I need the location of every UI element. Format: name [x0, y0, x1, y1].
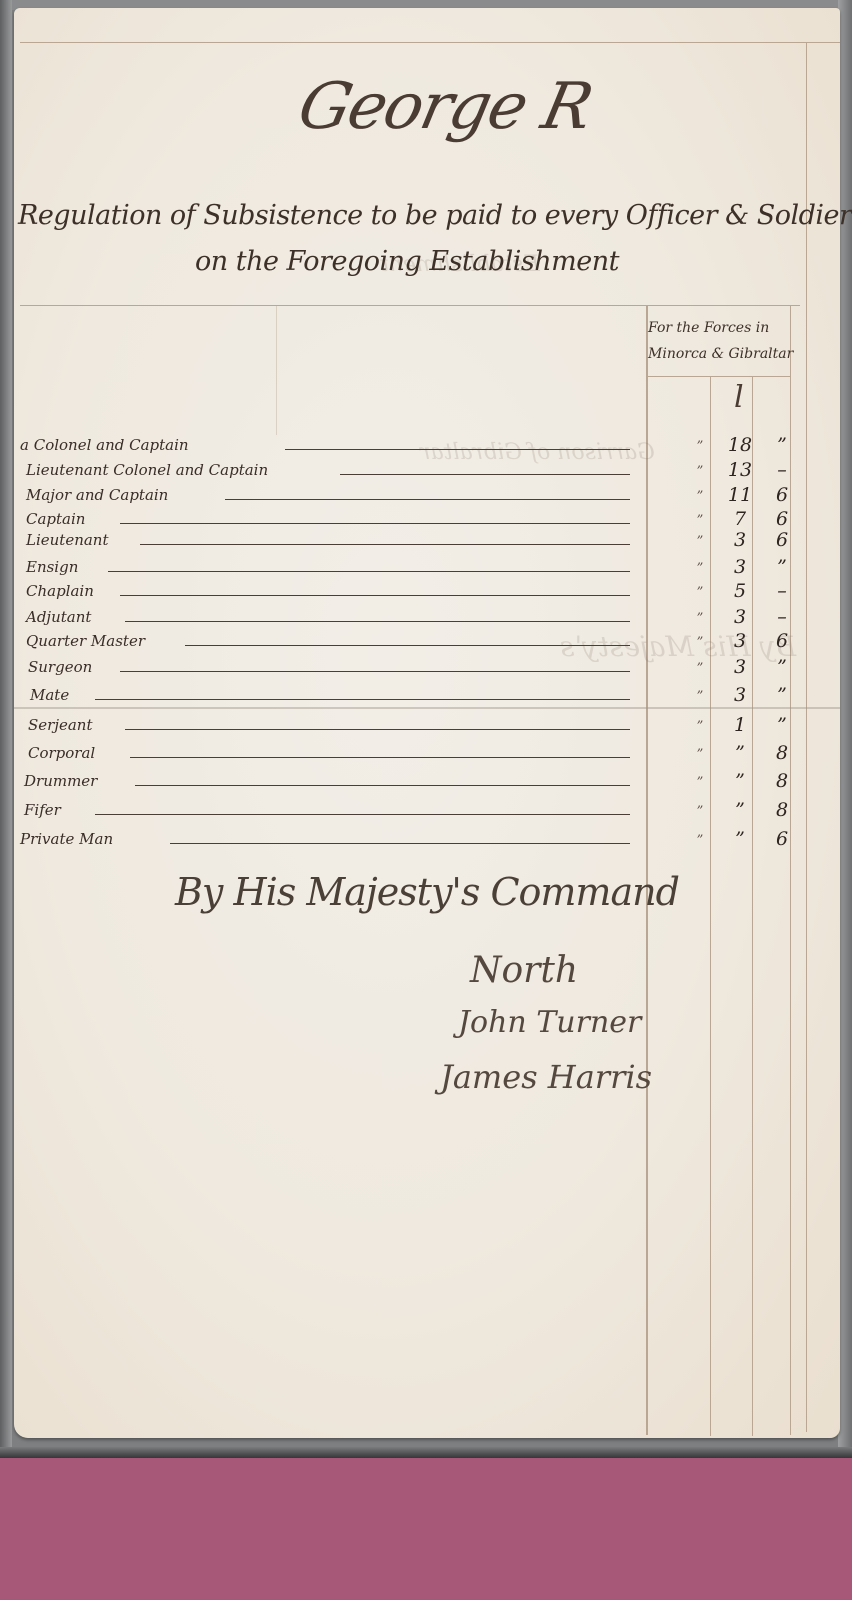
table-row: Fifer ” ” 8 — [20, 797, 800, 821]
pounds-value: ” — [688, 719, 712, 734]
shillings-value: 13 — [720, 459, 760, 481]
faint-inner-rule — [276, 305, 277, 435]
pence-value: 6 — [764, 828, 800, 850]
rank-label: Serjeant — [28, 716, 92, 734]
rank-label: Chaplain — [26, 582, 94, 600]
shillings-value: 5 — [720, 580, 760, 602]
pence-value: 6 — [764, 529, 800, 551]
frame-left — [0, 0, 12, 1450]
leader-line — [95, 814, 630, 816]
currency-mark: l — [734, 380, 744, 415]
rank-label: Private Man — [20, 830, 113, 848]
rank-label: Lieutenant — [26, 531, 109, 549]
column-header-line-2: Minorca & Gibraltar — [648, 341, 798, 367]
leader-line — [125, 621, 630, 623]
shillings-value: 1 — [720, 714, 760, 736]
rank-label: Lieutenant Colonel and Captain — [26, 461, 268, 479]
pounds-value: ” — [688, 747, 712, 762]
pence-value: 8 — [764, 770, 800, 792]
table-row: Lieutenant ” 3 6 — [20, 527, 800, 551]
table-top-rule — [20, 305, 800, 306]
shillings-value: ” — [720, 799, 760, 821]
pounds-value: ” — [688, 513, 712, 528]
column-header: For the Forces in Minorca & Gibraltar — [648, 315, 798, 367]
pence-value: ” — [764, 434, 800, 456]
rank-label: Corporal — [28, 744, 95, 762]
table-row: a Colonel and Captain ” 18 ” — [20, 432, 800, 456]
pence-value: ” — [764, 684, 800, 706]
rank-label: Fifer — [24, 801, 61, 819]
pence-value: 8 — [764, 742, 800, 764]
table-row: Chaplain ” 5 – — [20, 578, 800, 602]
pounds-value: ” — [688, 804, 712, 819]
shillings-value: 3 — [720, 630, 760, 652]
rank-label: Mate — [30, 686, 69, 704]
column-header-rule — [646, 376, 790, 377]
table-row: Drummer ” ” 8 — [20, 768, 800, 792]
background-mat — [0, 1458, 852, 1600]
pounds-value: ” — [688, 833, 712, 848]
shillings-value: 3 — [720, 606, 760, 628]
leader-line — [285, 449, 630, 451]
pounds-value: ” — [688, 464, 712, 479]
pounds-value: ” — [688, 534, 712, 549]
pence-value: ” — [764, 656, 800, 678]
pence-value: 6 — [764, 630, 800, 652]
pence-value: – — [764, 580, 800, 602]
leader-line — [170, 843, 630, 845]
leader-line — [185, 645, 630, 647]
pounds-value: ” — [688, 661, 712, 676]
table-row: Serjeant ” 1 ” — [20, 712, 800, 736]
leader-line — [140, 544, 630, 546]
leader-line — [108, 571, 630, 573]
shillings-value: 3 — [720, 556, 760, 578]
top-rule — [20, 42, 840, 43]
leader-line — [120, 523, 630, 525]
pence-value: – — [764, 459, 800, 481]
rank-label: Major and Captain — [26, 486, 168, 504]
shillings-value: 3 — [720, 529, 760, 551]
pounds-value: ” — [688, 635, 712, 650]
table-row: Major and Captain ” 11 6 — [20, 482, 800, 506]
pounds-value: ” — [688, 689, 712, 704]
leader-line — [340, 474, 630, 476]
table-row: Mate ” 3 ” — [20, 682, 800, 706]
shillings-value: 11 — [720, 484, 760, 506]
leader-line — [125, 729, 630, 731]
table-row: Surgeon ” 3 ” — [20, 654, 800, 678]
rank-label: Surgeon — [28, 658, 92, 676]
column-header-line-1: For the Forces in — [648, 315, 798, 341]
pence-value: ” — [764, 714, 800, 736]
right-margin-rule — [806, 42, 807, 1432]
table-row: Quarter Master ” 3 6 — [20, 628, 800, 652]
shillings-value: ” — [720, 742, 760, 764]
pounds-value: ” — [688, 489, 712, 504]
rank-label: Drummer — [24, 772, 97, 790]
table-row: Lieutenant Colonel and Captain ” 13 – — [20, 457, 800, 481]
document-title-line-2: on the Foregoing Establishment — [195, 246, 619, 277]
fold-crease — [14, 707, 840, 709]
leader-line — [225, 499, 630, 501]
table-row: Corporal ” ” 8 — [20, 740, 800, 764]
leader-line — [120, 595, 630, 597]
pence-value: 6 — [764, 484, 800, 506]
table-row: Adjutant ” 3 – — [20, 604, 800, 628]
pence-value: 8 — [764, 799, 800, 821]
leader-line — [120, 671, 630, 673]
rank-label: Quarter Master — [26, 632, 145, 650]
rank-label: Captain — [26, 510, 85, 528]
leader-line — [95, 699, 630, 701]
shillings-value: ” — [720, 770, 760, 792]
command-line: By His Majesty's Command — [175, 870, 679, 914]
shillings-value: 18 — [720, 434, 760, 456]
rank-label: Ensign — [26, 558, 78, 576]
table-row: Ensign ” 3 ” — [20, 554, 800, 578]
table-row: Private Man ” ” 6 — [20, 826, 800, 850]
pounds-value: ” — [688, 611, 712, 626]
leader-line — [135, 785, 630, 787]
shillings-value: 3 — [720, 656, 760, 678]
pence-value: ” — [764, 556, 800, 578]
document-title-line-1: Regulation of Subsistence to be paid to … — [18, 200, 851, 231]
pence-value: – — [764, 606, 800, 628]
shillings-value: 3 — [720, 684, 760, 706]
rank-label: Adjutant — [26, 608, 91, 626]
leader-line — [130, 757, 630, 759]
pounds-value: ” — [688, 775, 712, 790]
shillings-value: ” — [720, 828, 760, 850]
pounds-value: ” — [688, 439, 712, 454]
signature-north: North — [470, 950, 578, 991]
signature-john-turner: John Turner — [458, 1005, 641, 1040]
signature-james-harris: James Harris — [440, 1058, 652, 1096]
royal-signature: George R — [292, 70, 597, 144]
pounds-value: ” — [688, 585, 712, 600]
pounds-value: ” — [688, 561, 712, 576]
rank-label: a Colonel and Captain — [20, 436, 189, 454]
